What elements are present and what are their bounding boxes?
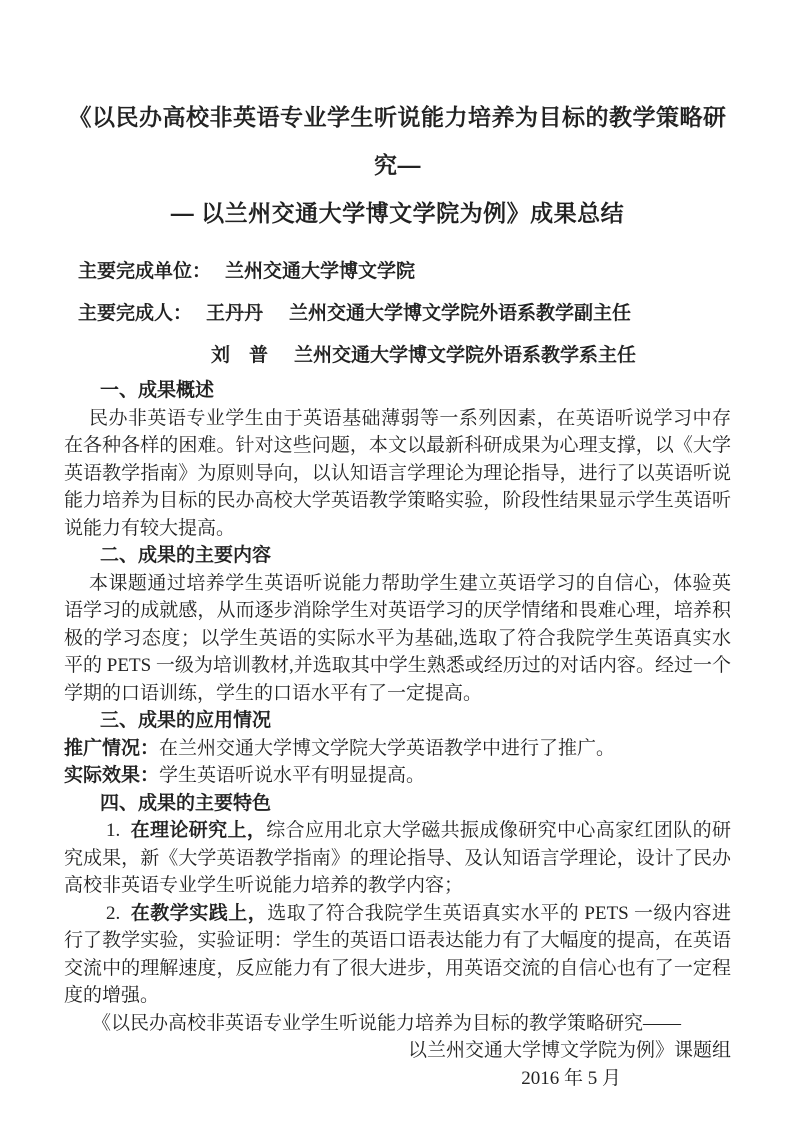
title-line-1: 《以民办高校非英语专业学生听说能力培养为目标的教学策略研究— <box>64 93 731 189</box>
completion-people-label: 主要完成人： <box>78 303 192 324</box>
person2-title: 兰州交通大学博文学院外语系教学系主任 <box>294 345 636 366</box>
completion-unit-label: 主要完成单位： <box>78 261 211 282</box>
document-title: 《以民办高校非英语专业学生听说能力培养为目标的教学策略研究— — 以兰州交通大学… <box>64 93 731 237</box>
section-heading-features: 四、成果的主要特色 <box>64 790 731 818</box>
closing-date: 2016 年 5 月 <box>64 1065 731 1093</box>
section-heading-overview: 一、成果概述 <box>64 377 731 405</box>
section-overview-paragraph: 民办非英语专业学生由于英语基础薄弱等一系列因素，在英语听说学习中存在各种各样的困… <box>64 405 731 543</box>
feature-item-1-lead: 在理论研究上， <box>130 820 266 841</box>
promotion-label: 推广情况： <box>64 738 159 759</box>
document-page: 《以民办高校非英语专业学生听说能力培养为目标的教学策略研究— — 以兰州交通大学… <box>0 0 794 1123</box>
effect-text: 学生英语听说水平有明显提高。 <box>159 765 425 786</box>
closing-block: 《以民办高校非英语专业学生听说能力培养为目标的教学策略研究—— 以兰州交通大学博… <box>64 1010 731 1093</box>
promotion-text: 在兰州交通大学博文学院大学英语教学中进行了推广。 <box>159 738 615 759</box>
section-heading-application: 三、成果的应用情况 <box>64 707 731 735</box>
document-body: 一、成果概述 民办非英语专业学生由于英语基础薄弱等一系列因素，在英语听说学习中存… <box>64 377 731 1092</box>
completion-person1-row: 主要完成人：王丹丹兰州交通大学博文学院外语系教学副主任 <box>78 293 731 335</box>
feature-item-2: 2.在教学实践上，选取了符合我院学生英语真实水平的 PETS 一级内容进行了教学… <box>64 900 731 1010</box>
section-heading-main-content: 二、成果的主要内容 <box>64 542 731 570</box>
feature-item-2-number: 2. <box>106 903 120 924</box>
completion-unit-row: 主要完成单位：兰州交通大学博文学院 <box>78 251 731 293</box>
title-line-2: — 以兰州交通大学博文学院为例》成果总结 <box>64 189 731 237</box>
completion-person2-row: 刘 普兰州交通大学博文学院外语系教学系主任 <box>78 335 731 377</box>
closing-title-line: 《以民办高校非英语专业学生听说能力培养为目标的教学策略研究—— <box>64 1010 731 1038</box>
feature-item-2-lead: 在教学实践上， <box>130 903 267 924</box>
person2-name: 刘 普 <box>211 345 268 366</box>
person1-title: 兰州交通大学博文学院外语系教学副主任 <box>289 303 631 324</box>
application-promotion-row: 推广情况：在兰州交通大学博文学院大学英语教学中进行了推广。 <box>64 735 731 763</box>
person1-name: 王丹丹 <box>206 303 263 324</box>
effect-label: 实际效果： <box>64 765 159 786</box>
completion-info: 主要完成单位：兰州交通大学博文学院 主要完成人：王丹丹兰州交通大学博文学院外语系… <box>64 251 731 377</box>
application-effect-row: 实际效果：学生英语听说水平有明显提高。 <box>64 762 731 790</box>
feature-item-1-number: 1. <box>106 820 120 841</box>
feature-item-1: 1.在理论研究上，综合应用北京大学磁共振成像研究中心高家红团队的研究成果，新《大… <box>64 817 731 900</box>
section-main-content-paragraph: 本课题通过培养学生英语听说能力帮助学生建立英语学习的自信心，体验英语学习的成就感… <box>64 570 731 708</box>
completion-unit-value: 兰州交通大学博文学院 <box>225 261 415 282</box>
closing-signature-line: 以兰州交通大学博文学院为例》课题组 <box>64 1037 731 1065</box>
